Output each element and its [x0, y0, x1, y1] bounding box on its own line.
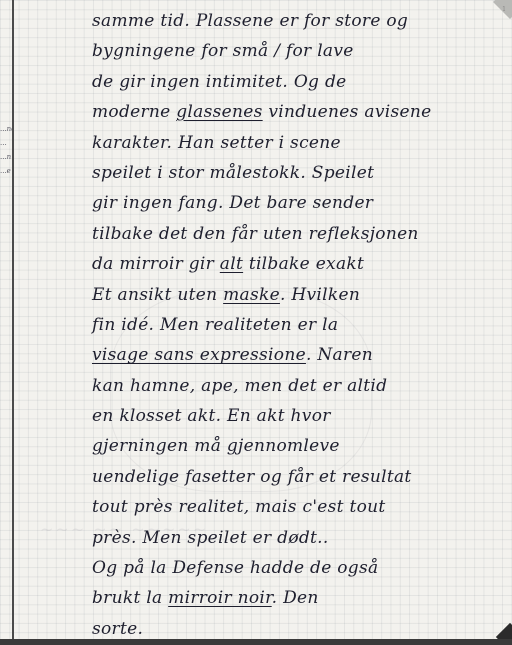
bleed-mark: ...ne	[0, 122, 12, 136]
margin-bleed-through-text: ...ne ... ...n ...e	[0, 122, 12, 178]
bleed-mark: ...e	[0, 164, 12, 178]
underlined-word: glassenes	[176, 102, 262, 122]
text-line: en klosset akt. En akt hvor	[92, 401, 502, 431]
text-line: tout près realitet, mais c'est tout	[92, 492, 502, 522]
text-line: gjerningen må gjennomleve	[92, 431, 502, 461]
text-line: da mirroir gir alt tilbake exakt	[92, 249, 502, 279]
handwritten-text: samme tid. Plassene er for store og bygn…	[92, 6, 502, 639]
text-line: près. Men speilet er dødt..	[92, 523, 502, 553]
text-line: moderne glassenes vinduenes avisene	[92, 97, 502, 127]
notebook-margin-line	[12, 0, 14, 639]
text-line: fin idé. Men realiteten er la	[92, 310, 502, 340]
bleed-mark: ...	[0, 136, 12, 150]
text-line: samme tid. Plassene er for store og	[92, 6, 502, 36]
underlined-phrase: mirroir noir	[168, 588, 272, 608]
text-line: de gir ingen intimitet. Og de	[92, 67, 502, 97]
page-bottom-edge	[0, 639, 512, 645]
text-line: Og på la Defense hadde de også	[92, 553, 502, 583]
text-line: uendelige fasetter og får et resultat	[92, 462, 502, 492]
text-line: kan hamne, ape, men det er altid	[92, 371, 502, 401]
underlined-word: alt	[220, 254, 243, 274]
text-line: sorte.	[92, 614, 502, 639]
underlined-phrase: visage sans expressione	[92, 345, 306, 365]
text-line: Et ansikt uten maske. Hvilken	[92, 280, 502, 310]
text-line: visage sans expressione. Naren	[92, 340, 502, 370]
text-line: gir ingen fang. Det bare sender	[92, 188, 502, 218]
text-line: brukt la mirroir noir. Den	[92, 583, 502, 613]
text-line: speilet i stor målestokk. Speilet	[92, 158, 502, 188]
page-number-mark: 1	[502, 6, 506, 13]
underlined-word: maske	[223, 285, 280, 305]
text-line: karakter. Han setter i scene	[92, 128, 502, 158]
text-line: bygningene for små / for lave	[92, 36, 502, 66]
notebook-page: 1 ...ne ... ...n ...e ~~~ ~~ ~~~~~ samme…	[0, 0, 512, 639]
bleed-mark: ...n	[0, 150, 12, 164]
text-line: tilbake det den får uten refleksjonen	[92, 219, 502, 249]
